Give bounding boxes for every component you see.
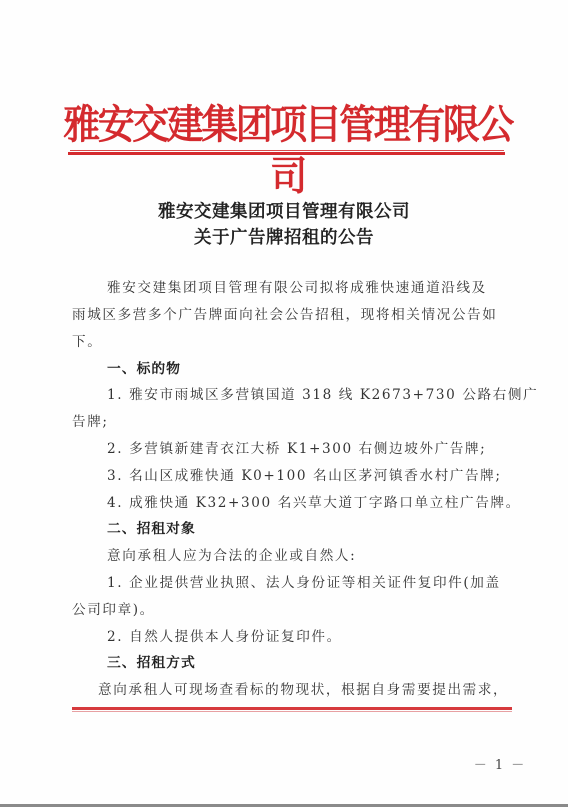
intro-line-1: 雅安交建集团项目管理有限公司拟将成雅快速通道沿线及 — [107, 279, 563, 297]
page-number: － 1 － — [470, 754, 530, 773]
section-2-heading: 二、招租对象 — [107, 520, 563, 538]
document-title-line-2: 关于广告牌招租的公告 — [0, 224, 568, 249]
section-2-intro: 意向承租人应为合法的企业或自然人: — [107, 547, 563, 565]
section-2-item-1: 1. 企业提供营业执照、法人身份证等相关证件复印件(加盖 — [107, 574, 563, 592]
document-page: 雅安交建集团项目管理有限公司 雅安交建集团项目管理有限公司 关于广告牌招租的公告… — [0, 0, 568, 805]
section-2-item-2: 2. 自然人提供本人身份证复印件。 — [107, 628, 563, 646]
section-1-item-4: 4. 成雅快通 K32+300 名兴草大道丁字路口单立柱广告牌。 — [107, 494, 563, 512]
intro-line-3: 下。 — [72, 333, 528, 351]
letterhead-divider-thin — [70, 150, 504, 151]
section-1-item-1-cont: 告牌; — [72, 413, 528, 431]
intro-line-2: 雨城区多营多个广告牌面向社会公告招租，现将相关情况公告如 — [72, 306, 528, 324]
section-2-item-1-cont: 公司印章)。 — [72, 601, 528, 619]
section-1-item-2: 2. 多营镇新建青衣江大桥 K1+300 右侧边坡外广告牌; — [107, 440, 563, 458]
letterhead-divider — [68, 152, 505, 155]
section-3-text: 意向承租人可现场查看标的物现状，根据自身需要提出需求， — [98, 681, 554, 699]
section-1-item-3: 3. 名山区成雅快通 K0+100 名山区茅河镇香水村广告牌; — [107, 467, 563, 485]
footer-divider — [72, 707, 512, 710]
footer-divider-thin — [72, 711, 512, 712]
section-1-item-1: 1. 雅安市雨城区多营镇国道 318 线 K2673+730 公路右侧广 — [107, 386, 563, 404]
document-title-line-1: 雅安交建集团项目管理有限公司 — [0, 198, 568, 223]
section-1-heading: 一、标的物 — [107, 360, 563, 378]
section-3-heading: 三、招租方式 — [107, 654, 563, 672]
